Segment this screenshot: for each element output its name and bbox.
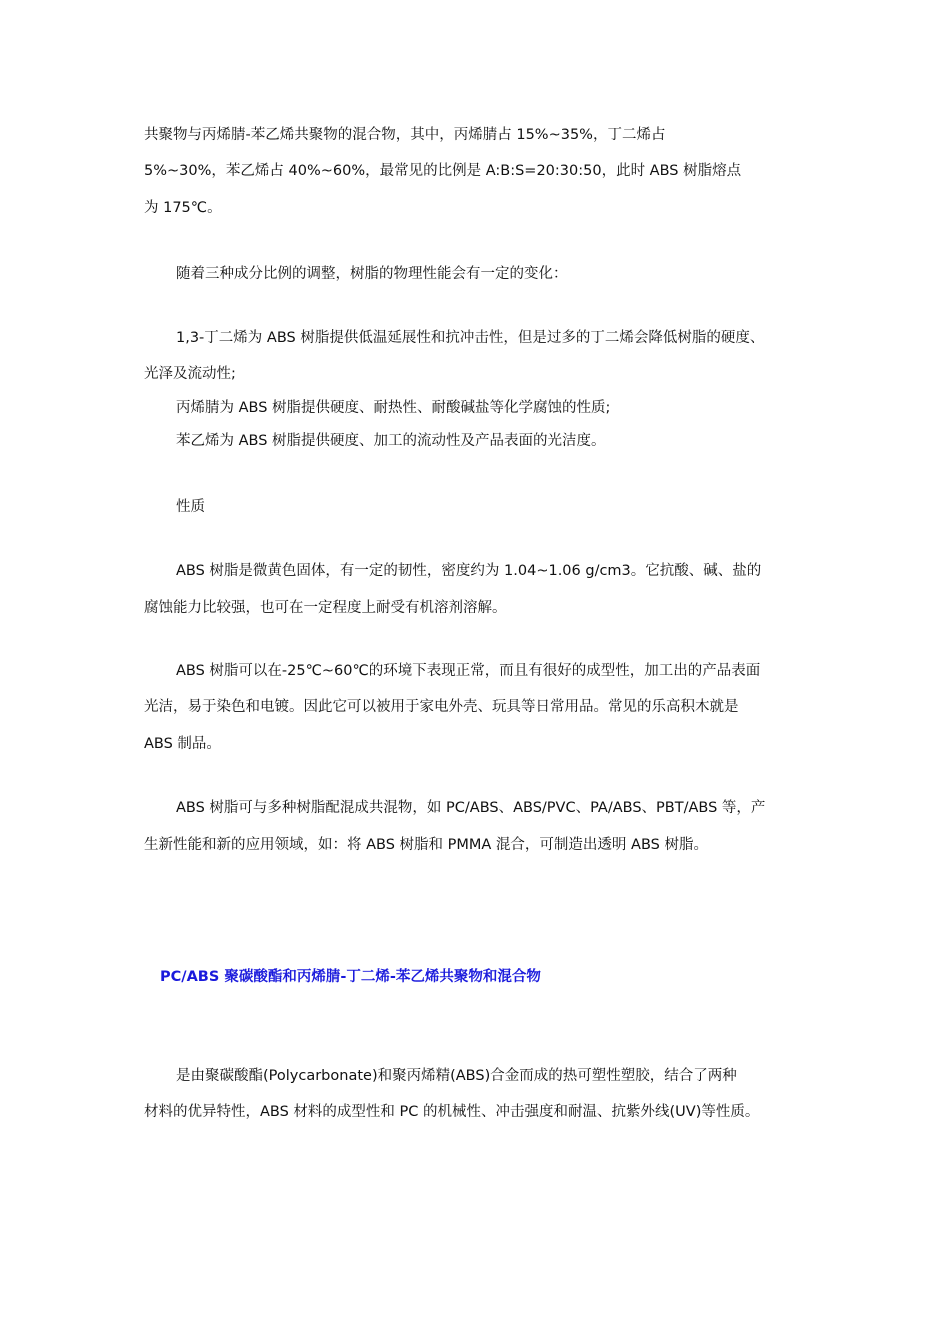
- section-heading-pc-abs: PC/ABS 聚碳酸酯和丙烯腈-丁二烯-苯乙烯共聚物和混合物: [160, 967, 541, 987]
- text-line: 5%~30%，苯乙烯占 40%~60%，最常见的比例是 A:B:S=20:30:…: [144, 161, 741, 181]
- text-line: ABS 树脂可与多种树脂配混成共混物，如 PC/ABS、ABS/PVC、PA/A…: [176, 798, 765, 818]
- text-line: ABS 树脂可以在-25℃~60℃的环境下表现正常，而且有很好的成型性，加工出的…: [176, 661, 760, 681]
- text-line: 共聚物与丙烯腈-苯乙烯共聚物的混合物，其中，丙烯腈占 15%~35%，丁二烯占: [144, 125, 665, 145]
- text-line: 光泽及流动性;: [144, 364, 236, 384]
- section-title-properties: 性质: [176, 497, 205, 517]
- text-line: 是由聚碳酸酯(Polycarbonate)和聚丙烯精(ABS)合金而成的热可塑性…: [176, 1066, 737, 1086]
- text-line: ABS 制品。: [144, 734, 221, 754]
- text-line: 丙烯腈为 ABS 树脂提供硬度、耐热性、耐酸碱盐等化学腐蚀的性质;: [176, 398, 610, 418]
- text-line: 光洁，易于染色和电镀。因此它可以被用于家电外壳、玩具等日常用品。常见的乐高积木就…: [144, 697, 739, 717]
- text-line: 材料的优异特性，ABS 材料的成型性和 PC 的机械性、冲击强度和耐温、抗紫外线…: [144, 1102, 759, 1122]
- text-line: ABS 树脂是微黄色固体，有一定的韧性，密度约为 1.04~1.06 g/cm3…: [176, 561, 761, 581]
- text-line: 1,3-丁二烯为 ABS 树脂提供低温延展性和抗冲击性，但是过多的丁二烯会降低树…: [176, 328, 764, 348]
- text-line: 生新性能和新的应用领域，如：将 ABS 树脂和 PMMA 混合，可制造出透明 A…: [144, 835, 708, 855]
- text-line: 随着三种成分比例的调整，树脂的物理性能会有一定的变化：: [176, 264, 568, 284]
- text-line: 苯乙烯为 ABS 树脂提供硬度、加工的流动性及产品表面的光洁度。: [176, 431, 606, 451]
- document-page: 共聚物与丙烯腈-苯乙烯共聚物的混合物，其中，丙烯腈占 15%~35%，丁二烯占 …: [0, 0, 950, 1344]
- text-line: 为 175℃。: [144, 198, 222, 218]
- text-line: 腐蚀能力比较强，也可在一定程度上耐受有机溶剂溶解。: [144, 598, 507, 618]
